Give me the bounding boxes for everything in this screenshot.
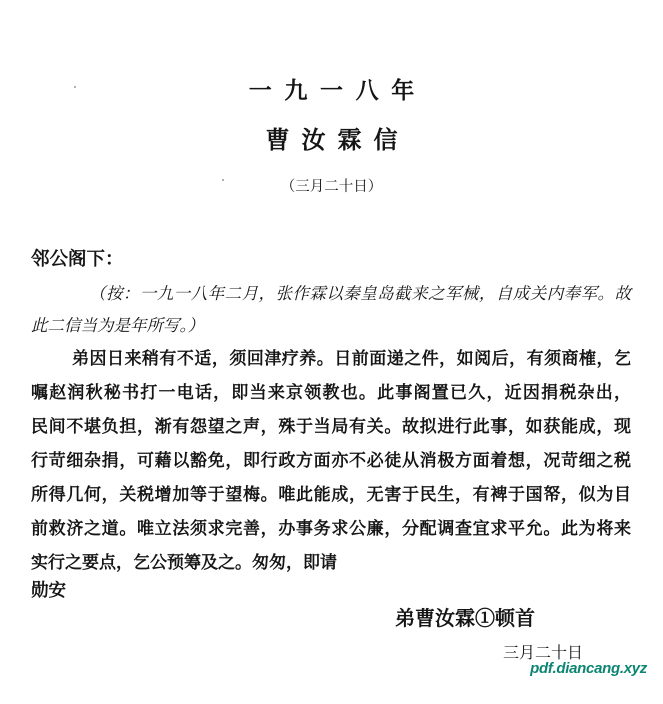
document-title: 一九一八年 (0, 72, 663, 105)
scan-speck (222, 179, 224, 181)
letter-signature: 弟曹汝霖①顿首 (395, 602, 535, 631)
body-line: 嘱赵润秋秘书打一电话，即当来京领教也。此事阁置已久，近因捐税杂出， (31, 376, 631, 410)
body-line: 民间不堪负担，渐有怨望之声，殊于当局有关。故拟进行此事，如获能成，现 (31, 410, 631, 444)
letter-body: 弟因日来稍有不适，须回津疗养。日前面递之件，如阅后，有须商榷，乞 嘱赵润秋秘书打… (31, 342, 631, 580)
editor-annotation: （按：一九一八年二月，张作霖以秦皇岛截来之军械，自成关内奉军。故 此二信当为是年… (31, 278, 631, 342)
body-line: 行苛细杂捐，可藉以豁免，即行政方面亦不必徒从消极方面着想，况苛细之税 (31, 444, 631, 478)
body-line: 所得几何，关税增加等于望梅。唯此能成，无害于民生，有裨于国帑，似为目 (31, 478, 631, 512)
body-line: 弟因日来稍有不适，须回津疗养。日前面递之件，如阅后，有须商榷，乞 (31, 342, 631, 376)
document-date-heading: （三月二十日） (0, 175, 663, 196)
letter-closing: 勋安 (31, 577, 66, 602)
body-line: 前救济之道。唯立法须求完善，办事务求公廉，分配调查宜求平允。此为将来 (31, 512, 631, 546)
letter-salutation: 邻公阁下： (31, 245, 124, 271)
scan-speck (74, 86, 76, 88)
annotation-line: （按：一九一八年二月，张作霖以秦皇岛截来之军械，自成关内奉军。故 (31, 278, 631, 310)
document-subtitle: 曹汝霖信 (0, 120, 663, 155)
scanned-letter-page: 一九一八年 曹汝霖信 （三月二十日） 邻公阁下： （按：一九一八年二月，张作霖以… (0, 0, 663, 704)
scan-speck (534, 497, 536, 499)
body-line: 实行之要点，乞公预筹及之。匆匆，即请 (31, 546, 631, 580)
site-watermark: pdf.diancang.xyz (530, 660, 647, 677)
annotation-line: 此二信当为是年所写。） (31, 310, 631, 342)
